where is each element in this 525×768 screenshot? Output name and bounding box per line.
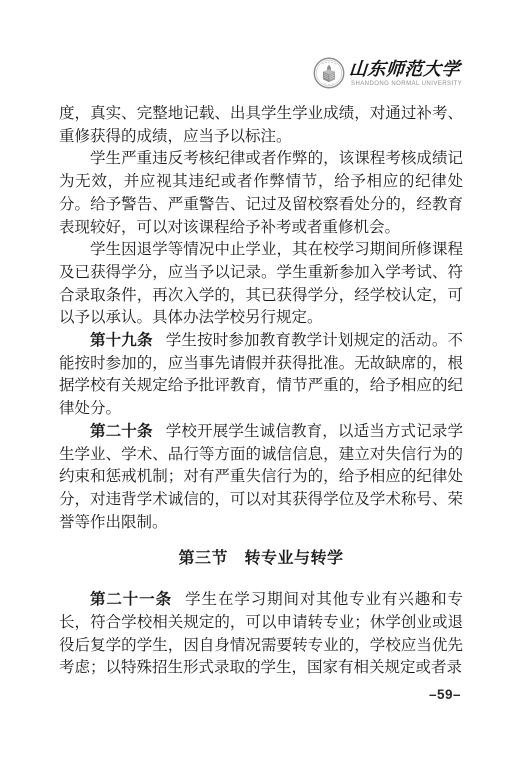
article-number: 第二十条 bbox=[90, 423, 153, 440]
document-body: 度，真实、完整地记载、出具学生学业成绩，对通过补考、重修获得的成绩，应当予以标注… bbox=[59, 103, 463, 680]
paragraph: 学生严重违反考核纪律或者作弊的，该课程考核成绩记为无效，并应视其违纪或者作弊情节… bbox=[59, 148, 463, 239]
university-names: 山东师范大学 SHANDONG NORMAL UNIVERSITY bbox=[349, 59, 462, 87]
university-logo-block: 山东师范大学 SHANDONG NORMAL UNIVERSITY bbox=[313, 57, 462, 89]
article-number: 第十九条 bbox=[90, 332, 153, 349]
section-heading: 第三节 转专业与转学 bbox=[59, 547, 463, 570]
paragraph-article-20: 第二十条学校开展学生诚信教育，以适当方式记录学生学业、学术、品行等方面的诚信信息… bbox=[59, 421, 463, 535]
paragraph-article-19: 第十九条学生按时参加教育教学计划规定的活动。不能按时参加的，应当事先请假并获得批… bbox=[59, 330, 463, 421]
article-number: 第二十一条 bbox=[90, 591, 172, 608]
paragraph-continuation: 度，真实、完整地记载、出具学生学业成绩，对通过补考、重修获得的成绩，应当予以标注… bbox=[59, 103, 463, 148]
paragraph: 学生因退学等情况中止学业，其在校学习期间所修课程及已获得学分，应当予以记录。学生… bbox=[59, 239, 463, 330]
university-name-chinese: 山东师范大学 bbox=[348, 59, 463, 79]
document-page: 山东师范大学 SHANDONG NORMAL UNIVERSITY 度，真实、完… bbox=[0, 0, 525, 768]
page-number: –59– bbox=[429, 687, 461, 702]
paragraph-text: 度，真实、完整地记载、出具学生学业成绩，对通过补考、重修获得的成绩，应当予以标注… bbox=[59, 105, 463, 145]
paragraph-text: 学生严重违反考核纪律或者作弊的，该课程考核成绩记为无效，并应视其违纪或者作弊情节… bbox=[59, 150, 463, 235]
paragraph-text: 学生因退学等情况中止学业，其在校学习期间所修课程及已获得学分，应当予以记录。学生… bbox=[59, 241, 463, 326]
university-name-english: SHANDONG NORMAL UNIVERSITY bbox=[351, 81, 462, 87]
university-seal-icon bbox=[313, 57, 345, 89]
paragraph-article-21: 第二十一条学生在学习期间对其他专业有兴趣和专长，符合学校相关规定的，可以申请转专… bbox=[59, 589, 463, 680]
